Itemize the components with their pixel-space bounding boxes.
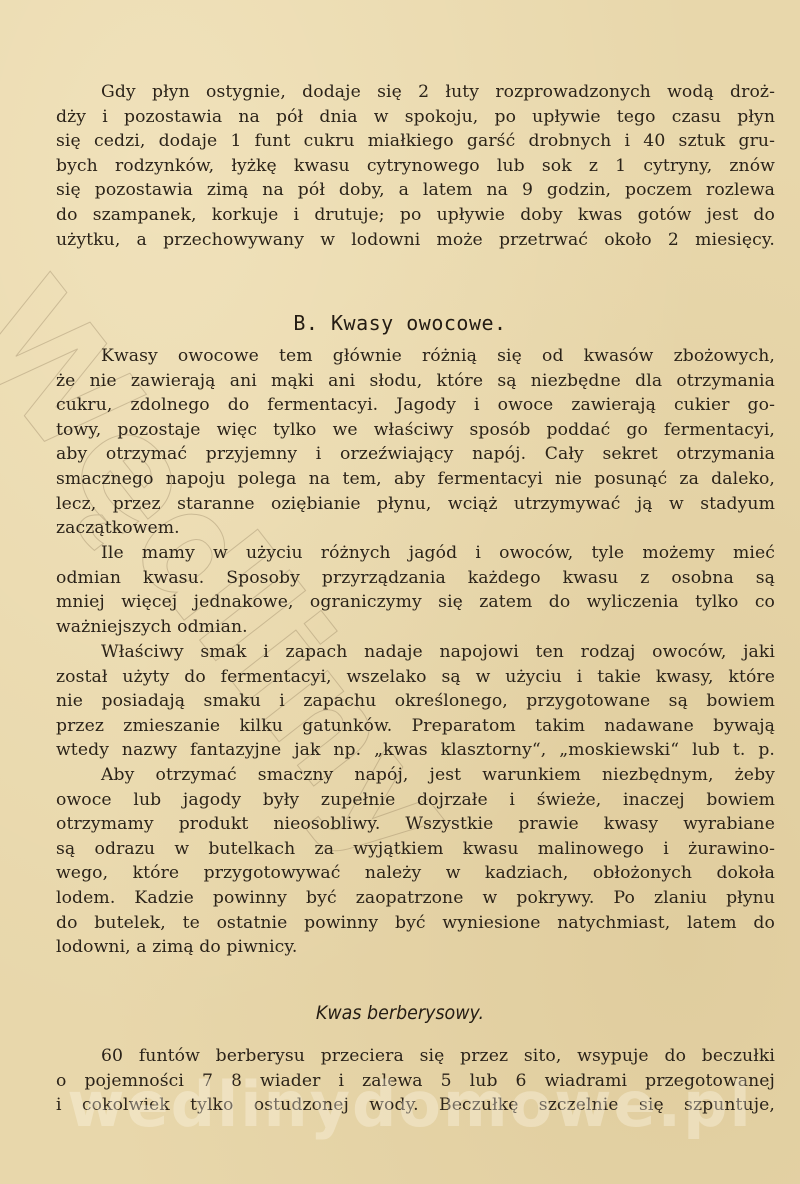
text-line: bych rodzynków, łyżkę kwasu cytrynowego … — [56, 154, 775, 179]
text-line: aby otrzymać przyjemny i orzeźwiający na… — [56, 442, 775, 467]
scanned-page: Wędliny Gdy płyn ostygnie, dodaje się 2 … — [0, 0, 800, 1184]
text-line: się pozostawia zimą na pół doby, a latem… — [56, 178, 775, 203]
text-line: 60 funtów berberysu przeciera się przez … — [56, 1044, 775, 1069]
text-line: Aby otrzymać smaczny napój, jest warunki… — [56, 763, 775, 788]
paragraph-3: Ile mamy w użyciu różnych jagód i owoców… — [56, 541, 775, 639]
paragraph-2: Kwasy owocowe tem głównie różnią się od … — [56, 344, 775, 541]
text-line: zaczątkowem. — [56, 516, 775, 541]
text-line: lecz, przez staranne oziębianie płynu, w… — [56, 492, 775, 517]
paragraph-5: Aby otrzymać smaczny napój, jest warunki… — [56, 763, 775, 960]
paragraph-6: 60 funtów berberysu przeciera się przez … — [56, 1044, 775, 1118]
text-line: mniej więcej jednakowe, ograniczymy się … — [56, 590, 775, 615]
text-line: ważniejszych odmian. — [56, 615, 775, 640]
text-line: wego, które przygotowywać należy w kadzi… — [56, 861, 775, 886]
text-line: został użyty do fermentacyi, wszelako są… — [56, 665, 775, 690]
text-line: Ile mamy w użyciu różnych jagód i owoców… — [56, 541, 775, 566]
section-heading-berberys: Kwas berberysowy. — [32, 1002, 768, 1024]
text-line: się cedzi, dodaje 1 funt cukru miałkiego… — [56, 129, 775, 154]
text-line: otrzymamy produkt nieosobliwy. Wszystkie… — [56, 812, 775, 837]
text-line: odmian kwasu. Sposoby przyrządzania każd… — [56, 566, 775, 591]
text-line: wtedy nazwy fantazyjne jak np. „kwas kla… — [56, 738, 775, 763]
paragraph-4: Właściwy smak i zapach nadaje napojowi t… — [56, 640, 775, 763]
text-line: nie posiadają smaku i zapachu określoneg… — [56, 689, 775, 714]
text-line: smacznego napoju polega na tem, aby ferm… — [56, 467, 775, 492]
text-line: Właściwy smak i zapach nadaje napojowi t… — [56, 640, 775, 665]
text-line: że nie zawierają ani mąki ani słodu, któ… — [56, 369, 775, 394]
text-line: o pojemności 7 8 wiader i zalewa 5 lub 6… — [56, 1069, 775, 1094]
section-heading-b: B. Kwasy owocowe. — [0, 311, 800, 335]
text-line: do szampanek, korkuje i drutuje; po upły… — [56, 203, 775, 228]
text-line: towy, pozostaje więc tylko we właściwy s… — [56, 418, 775, 443]
text-line: przez zmieszanie kilku gatunków. Prepara… — [56, 714, 775, 739]
paragraph-1: Gdy płyn ostygnie, dodaje się 2 łuty roz… — [56, 80, 775, 252]
text-line: są odrazu w butelkach za wyjątkiem kwasu… — [56, 837, 775, 862]
text-line: Gdy płyn ostygnie, dodaje się 2 łuty roz… — [56, 80, 775, 105]
text-line: użytku, a przechowywany w lodowni może p… — [56, 228, 775, 253]
text-line: lodowni, a zimą do piwnicy. — [56, 935, 775, 960]
text-line: do butelek, te ostatnie powinny być wyni… — [56, 911, 775, 936]
text-line: Kwasy owocowe tem głównie różnią się od … — [56, 344, 775, 369]
text-line: dży i pozostawia na pół dnia w spokoju, … — [56, 105, 775, 130]
text-line: lodem. Kadzie powinny być zaopatrzone w … — [56, 886, 775, 911]
text-line: i cokolwiek tylko ostudzonej wody. Beczu… — [56, 1093, 775, 1118]
text-line: cukru, zdolnego do fermentacyi. Jagody i… — [56, 393, 775, 418]
text-line: owoce lub jagody były zupełnie dojrzałe … — [56, 788, 775, 813]
